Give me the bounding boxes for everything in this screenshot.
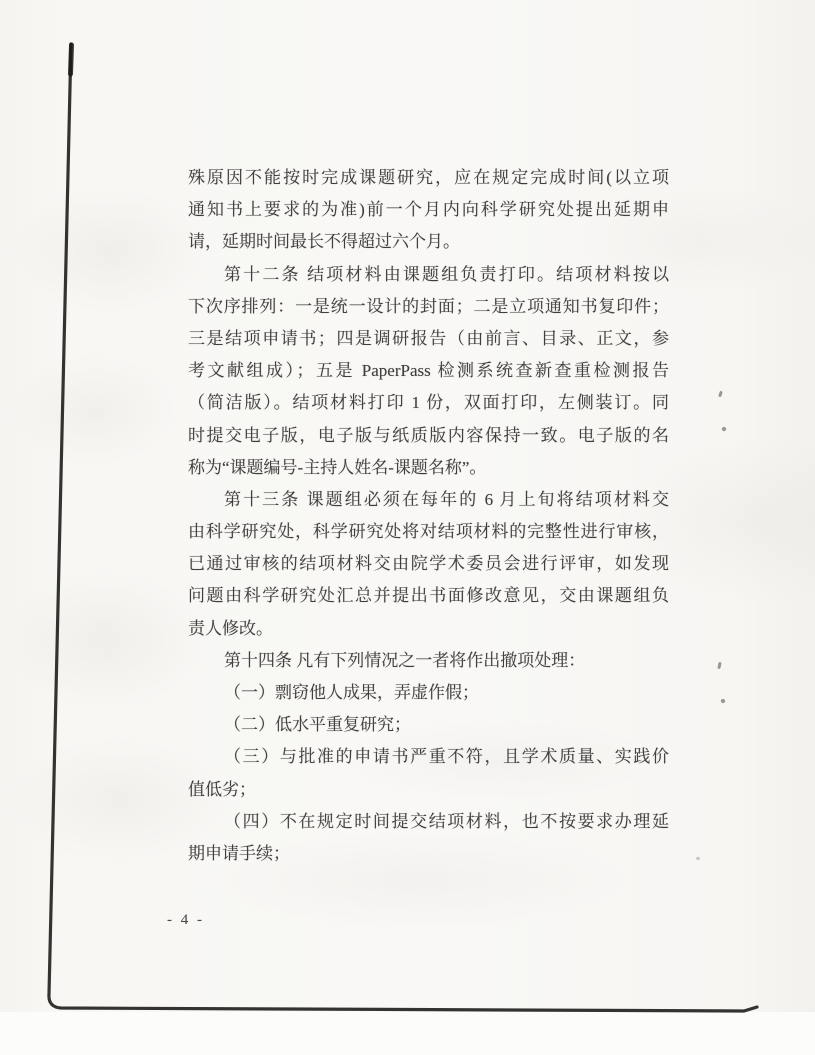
text-line: 下次序排列：一是统一设计的封面；二是立项通知书复印件；: [188, 291, 669, 323]
text-line: 请，延期时间最长不得超过六个月。: [188, 226, 669, 258]
page-number: - 4 -: [167, 912, 205, 929]
scan-speck: [696, 857, 700, 861]
text-line: 期申请手续；: [188, 838, 669, 870]
text-line: 第十三条 课题组必须在每年的 6 月上旬将结项材料交: [188, 484, 669, 516]
text-line: 责人修改。: [188, 613, 669, 645]
text-line: （三）与批准的申请书严重不符，且学术质量、实践价: [188, 741, 669, 773]
text-line: （一）剽窃他人成果，弄虚作假；: [188, 677, 669, 709]
text-line: 值低劣；: [188, 774, 669, 806]
text-line: （四）不在规定时间提交结项材料，也不按要求办理延: [188, 806, 669, 838]
text-line: 由科学研究处，科学研究处将对结项材料的完整性进行审核，: [188, 516, 669, 548]
text-line: 称为“课题编号-主持人姓名-课题名称”。: [188, 452, 669, 484]
text-line: 考文献组成）；五是 PaperPass 检测系统查新查重检测报告: [188, 355, 669, 387]
text-line: 已通过审核的结项材料交由院学术委员会进行评审，如发现: [188, 548, 669, 580]
scanned-page: 殊原因不能按时完成课题研究，应在规定完成时间(以立项通知书上要求的为准)前一个月…: [0, 0, 815, 1055]
text-line: （二）低水平重复研究；: [188, 709, 669, 741]
text-line: 三是结项申请书；四是调研报告（由前言、目录、正文，参: [188, 323, 669, 355]
text-line: 第十四条 凡有下列情况之一者将作出撤项处理：: [188, 645, 669, 677]
text-line: （简洁版）。结项材料打印 1 份，双面打印，左侧装订。同: [188, 387, 669, 419]
text-line: 时提交电子版，电子版与纸质版内容保持一致。电子版的名: [188, 420, 669, 452]
document-body: 殊原因不能按时完成课题研究，应在规定完成时间(以立项通知书上要求的为准)前一个月…: [188, 162, 669, 870]
text-line: 殊原因不能按时完成课题研究，应在规定完成时间(以立项: [188, 162, 669, 194]
text-line: 通知书上要求的为准)前一个月内向科学研究处提出延期申: [188, 194, 669, 226]
text-line: 问题由科学研究处汇总并提出书面修改意见，交由课题组负: [188, 580, 669, 612]
text-line: 第十二条 结项材料由课题组负责打印。结项材料按以: [188, 259, 669, 291]
scan-bottom-margin: [0, 1012, 815, 1055]
